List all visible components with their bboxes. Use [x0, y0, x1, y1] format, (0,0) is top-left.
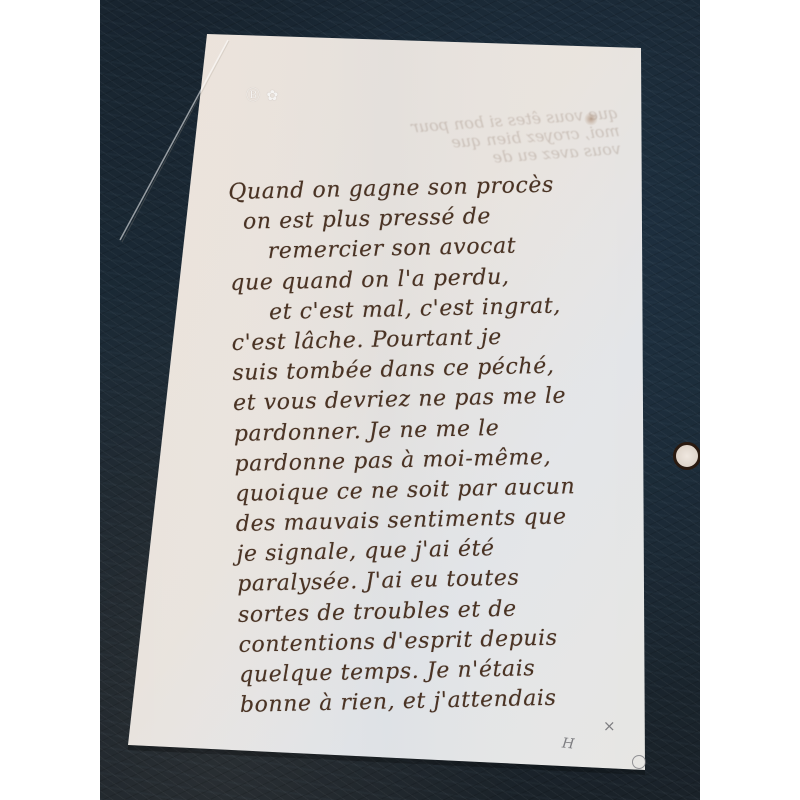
photo: Ⓑ ✿ que vous êtes si bon pour moi, croye… — [100, 0, 700, 800]
embossed-stamp: Ⓑ ✿ — [246, 85, 279, 105]
handwritten-letter: Quand on gagne son procès on est plus pr… — [228, 168, 660, 721]
pencil-mark-cross: × — [603, 717, 616, 735]
ink-ring-stain — [673, 442, 700, 470]
pencil-mark-h: H — [561, 735, 575, 752]
small-circle-stamp — [632, 755, 646, 769]
